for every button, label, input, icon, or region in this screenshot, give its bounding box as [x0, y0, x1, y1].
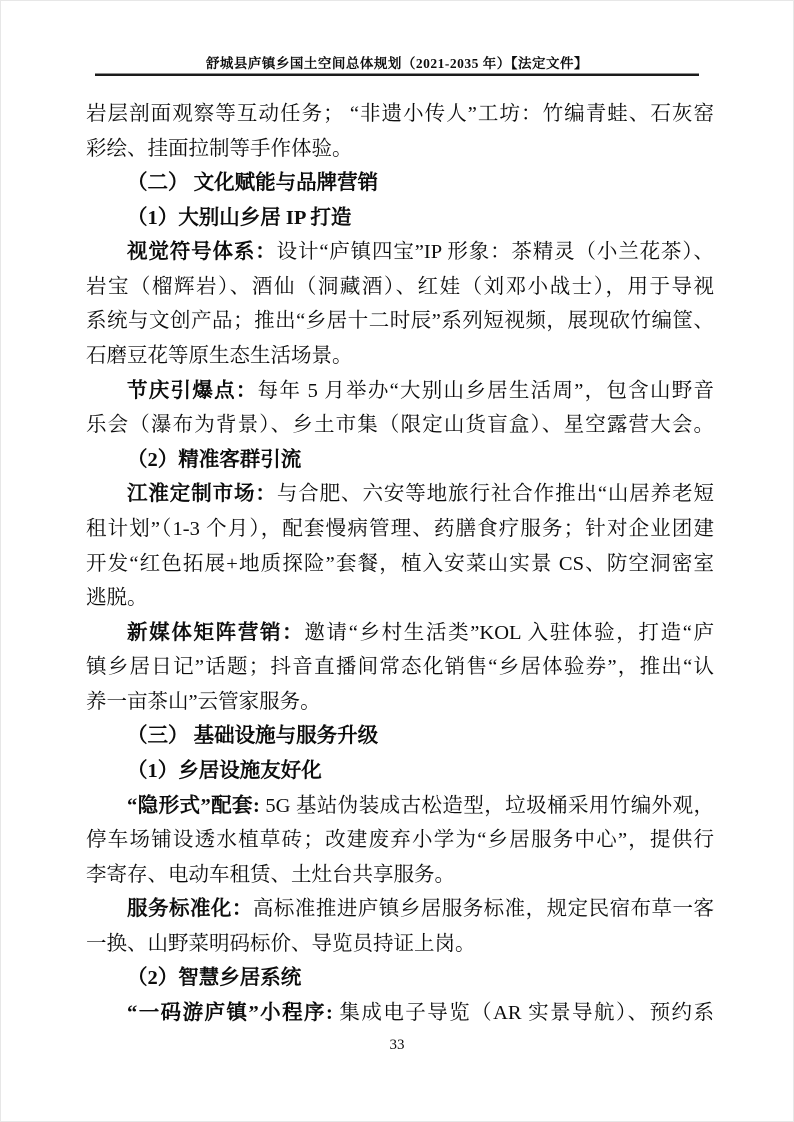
- bold-lead: （2）智慧乡居系统: [127, 967, 301, 989]
- section-heading: （三） 基础设施与服务升级: [86, 719, 714, 754]
- body-line: 租计划”（1-3 个月），配套慢病管理、药膳食疗服务；针对企业团建: [86, 512, 714, 547]
- line-text: 养一亩茶山”云管家服务。: [86, 691, 321, 713]
- line-text: 设计“庐镇四宝”IP 形象：茶精灵（小兰花茶）、: [277, 241, 714, 263]
- bold-lead: （1）大别山乡居 IP 打造: [127, 207, 351, 229]
- document-body: 岩层剖面观察等互动任务； “非遗小传人”工坊：竹编青蛙、石灰窑 彩绘、挂面拉制等…: [86, 97, 714, 1031]
- line-text: 高标准推进庐镇乡居服务标准，规定民宿布草一客: [253, 898, 714, 920]
- body-line: 节庆引爆点：每年 5 月举办“大别山乡居生活周”，包含山野音: [86, 374, 714, 409]
- sub-heading: （1）大别山乡居 IP 打造: [86, 201, 714, 236]
- line-text: 一换、山野菜明码标价、导览员持证上岗。: [86, 933, 476, 955]
- header-rule: [95, 73, 699, 76]
- line-text: 岩层剖面观察等互动任务； “非遗小传人”工坊：竹编青蛙、石灰窑: [86, 103, 714, 125]
- body-line: 新媒体矩阵营销：邀请“乡村生活类”KOL 入驻体验，打造“庐: [86, 616, 714, 651]
- sub-heading: （2）精准客群引流: [86, 443, 714, 478]
- body-line: 李寄存、电动车租赁、土灶台共享服务。: [86, 858, 714, 893]
- body-line: 岩宝（榴辉岩）、酒仙（洞藏酒）、红娃（刘邓小战士），用于导视: [86, 270, 714, 305]
- body-line: 停车场铺设透水植草砖；改建废弃小学为“乡居服务中心”，提供行: [86, 823, 714, 858]
- bold-lead: “隐形式”配套:: [127, 795, 265, 817]
- page-number: 33: [1, 1036, 793, 1054]
- bold-lead: “一码游庐镇”小程序:: [127, 1002, 339, 1024]
- body-line: 彩绘、挂面拉制等手作体验。: [86, 132, 714, 167]
- bold-lead: 服务标准化：: [127, 898, 253, 920]
- line-text: 开发“红色拓展+地质探险”套餐，植入安菜山实景 CS、防空洞密室: [86, 553, 714, 575]
- body-line: 视觉符号体系：设计“庐镇四宝”IP 形象：茶精灵（小兰花茶）、: [86, 235, 714, 270]
- line-text: 系统与文创产品；推出“乡居十二时辰”系列短视频，展现砍竹编筐、: [86, 310, 714, 332]
- line-text: 镇乡居日记”话题；抖音直播间常态化销售“乡居体验券”，推出“认: [86, 656, 714, 678]
- sub-heading: （1）乡居设施友好化: [86, 754, 714, 789]
- sub-heading: （2）智慧乡居系统: [86, 961, 714, 996]
- body-line: 一换、山野菜明码标价、导览员持证上岗。: [86, 927, 714, 962]
- body-line: 石磨豆花等原生态生活场景。: [86, 339, 714, 374]
- body-line: 逃脱。: [86, 581, 714, 616]
- line-text: 5G 基站伪装成古松造型，垃圾桶采用竹编外观，: [265, 795, 714, 817]
- line-text: 李寄存、电动车租赁、土灶台共享服务。: [86, 864, 455, 886]
- bold-lead: （二） 文化赋能与品牌营销: [127, 172, 378, 194]
- body-line: 开发“红色拓展+地质探险”套餐，植入安菜山实景 CS、防空洞密室: [86, 547, 714, 582]
- bold-lead: 视觉符号体系：: [127, 241, 277, 263]
- bold-lead: （三） 基础设施与服务升级: [127, 725, 378, 747]
- body-line: 镇乡居日记”话题；抖音直播间常态化销售“乡居体验券”，推出“认: [86, 650, 714, 685]
- line-text: 彩绘、挂面拉制等手作体验。: [86, 138, 353, 160]
- line-text: 岩宝（榴辉岩）、酒仙（洞藏酒）、红娃（刘邓小战士），用于导视: [86, 276, 714, 298]
- bold-lead: 江淮定制市场：: [127, 483, 277, 505]
- bold-lead: （2）精准客群引流: [127, 449, 301, 471]
- line-text: 乐会（瀑布为背景）、乡土市集（限定山货盲盒）、星空露营大会。: [86, 414, 714, 436]
- line-text: 邀请“乡村生活类”KOL 入驻体验，打造“庐: [304, 622, 714, 644]
- line-text: 与合肥、六安等地旅行社合作推出“山居养老短: [277, 483, 714, 505]
- line-text: 集成电子导览（AR 实景导航）、预约系: [339, 1002, 714, 1024]
- body-line: “一码游庐镇”小程序: 集成电子导览（AR 实景导航）、预约系: [86, 996, 714, 1031]
- body-line: 养一亩茶山”云管家服务。: [86, 685, 714, 720]
- body-line: 江淮定制市场：与合肥、六安等地旅行社合作推出“山居养老短: [86, 477, 714, 512]
- body-line: 岩层剖面观察等互动任务； “非遗小传人”工坊：竹编青蛙、石灰窑: [86, 97, 714, 132]
- line-text: 石磨豆花等原生态生活场景。: [86, 345, 353, 367]
- line-text: 每年 5 月举办“大别山乡居生活周”，包含山野音: [258, 380, 714, 402]
- bold-lead: （1）乡居设施友好化: [127, 760, 322, 782]
- line-text: 租计划”（1-3 个月），配套慢病管理、药膳食疗服务；针对企业团建: [86, 518, 714, 540]
- line-text: 停车场铺设透水植草砖；改建废弃小学为“乡居服务中心”，提供行: [86, 829, 714, 851]
- section-heading: （二） 文化赋能与品牌营销: [86, 166, 714, 201]
- page-header-title: 舒城县庐镇乡国土空间总体规划（2021-2035 年）【法定文件】: [1, 56, 793, 72]
- body-line: “隐形式”配套: 5G 基站伪装成古松造型，垃圾桶采用竹编外观，: [86, 789, 714, 824]
- bold-lead: 节庆引爆点：: [127, 380, 258, 402]
- bold-lead: 新媒体矩阵营销：: [127, 622, 304, 644]
- body-line: 服务标准化：高标准推进庐镇乡居服务标准，规定民宿布草一客: [86, 892, 714, 927]
- document-page: 舒城县庐镇乡国土空间总体规划（2021-2035 年）【法定文件】 岩层剖面观察…: [0, 0, 794, 1122]
- line-text: 逃脱。: [86, 587, 148, 609]
- body-line: 系统与文创产品；推出“乡居十二时辰”系列短视频，展现砍竹编筐、: [86, 304, 714, 339]
- body-line: 乐会（瀑布为背景）、乡土市集（限定山货盲盒）、星空露营大会。: [86, 408, 714, 443]
